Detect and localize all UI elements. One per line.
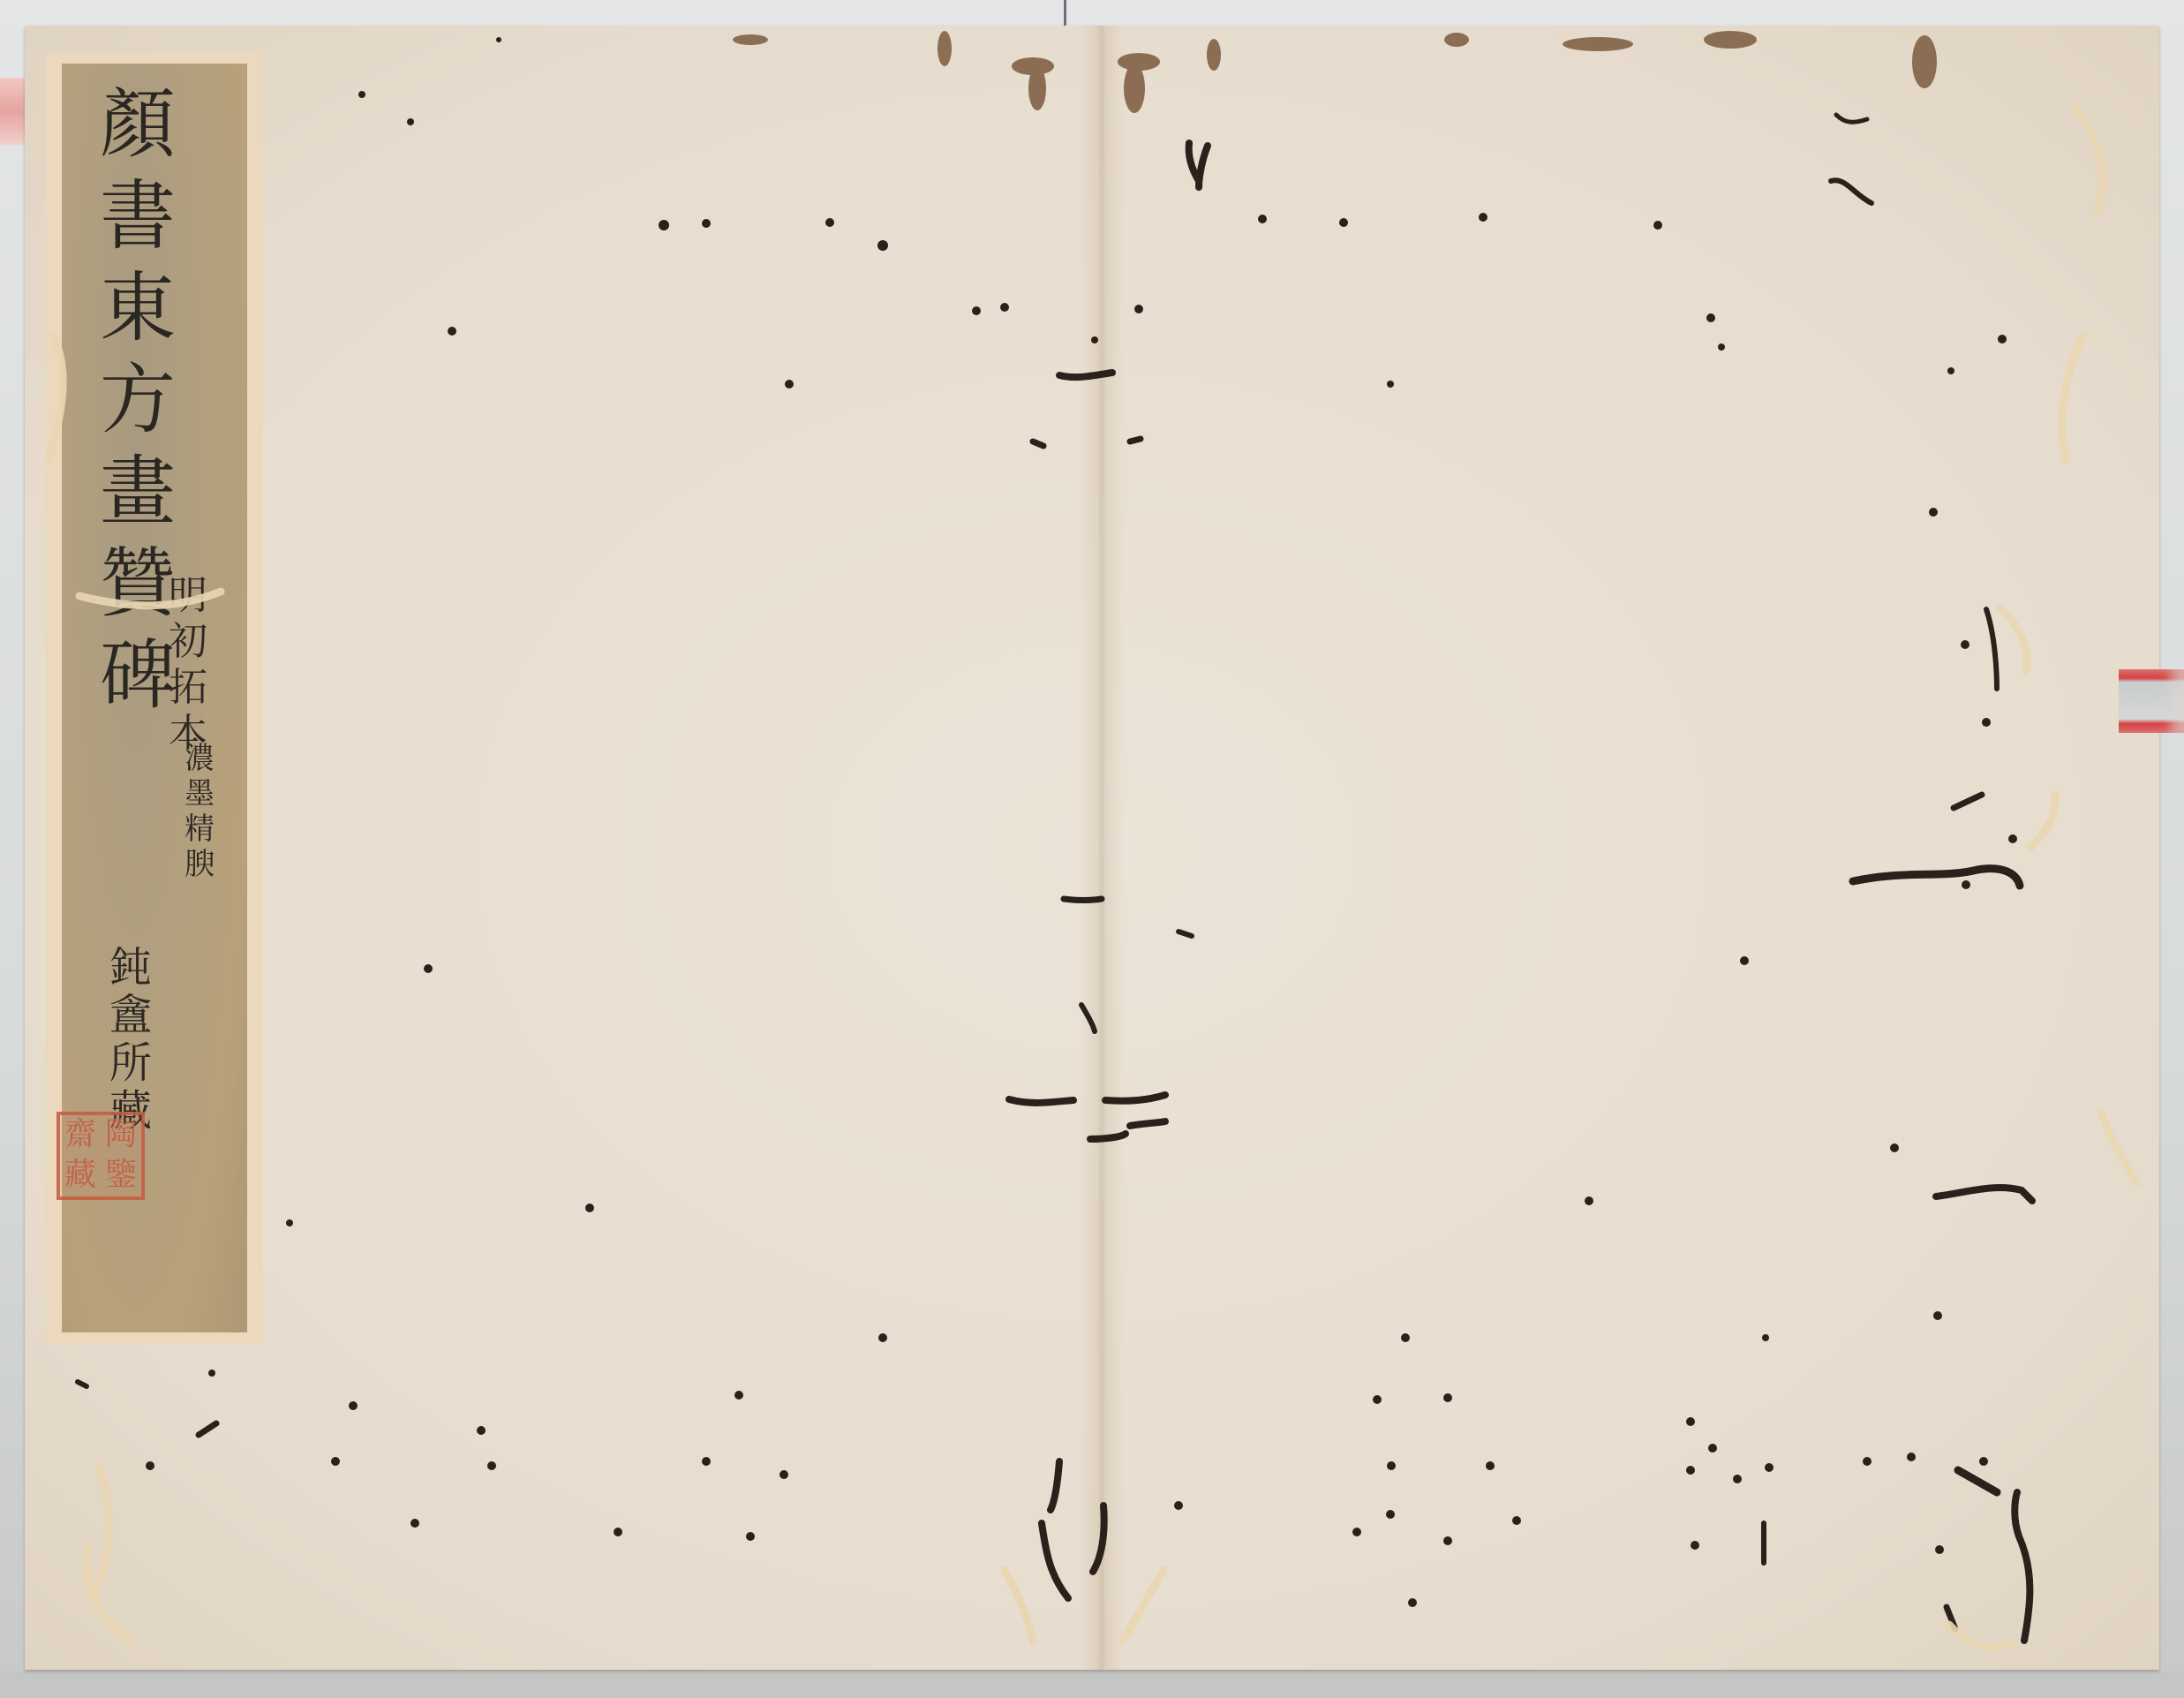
note-text: 濃 墨 精 腴 <box>182 741 217 882</box>
right-red-tab <box>2119 669 2184 733</box>
title-char: 畫 <box>100 446 176 538</box>
note-char: 濃 <box>185 741 215 776</box>
seal-char: 齋 <box>60 1115 101 1156</box>
title-char: 贊 <box>100 538 176 630</box>
note-char: 墨 <box>185 776 215 811</box>
album-cover: 顏 書 東 方 畫 贊 碑 明 初 拓 本 濃 墨 精 腴 鈍 盦 所 藏 齋 … <box>25 26 2159 1670</box>
seal-char: 藏 <box>60 1156 101 1196</box>
title-char: 東 <box>100 262 176 354</box>
subtitle-text: 明 初 拓 本 <box>166 573 210 757</box>
seal-char: 鑒 <box>101 1156 141 1196</box>
owner-char: 所 <box>109 1039 152 1087</box>
red-seal-stamp: 齋 陶 藏 鑒 <box>56 1112 145 1200</box>
background-seam <box>1064 0 1066 26</box>
title-char: 顏 <box>100 79 176 170</box>
note-char: 精 <box>185 811 215 847</box>
title-char: 方 <box>100 354 176 446</box>
note-char: 腴 <box>185 847 215 882</box>
table-surface <box>0 1672 2184 1698</box>
subtitle-char: 拓 <box>169 665 207 711</box>
title-char: 書 <box>100 170 176 262</box>
subtitle-char: 初 <box>169 619 207 665</box>
owner-char: 盦 <box>109 992 152 1039</box>
seal-char: 陶 <box>101 1115 141 1156</box>
title-char: 碑 <box>100 630 176 721</box>
owner-text: 鈍 盦 所 藏 <box>104 944 157 1135</box>
owner-char: 鈍 <box>109 944 152 992</box>
subtitle-char: 明 <box>169 573 207 619</box>
center-fold <box>1080 26 1124 1670</box>
